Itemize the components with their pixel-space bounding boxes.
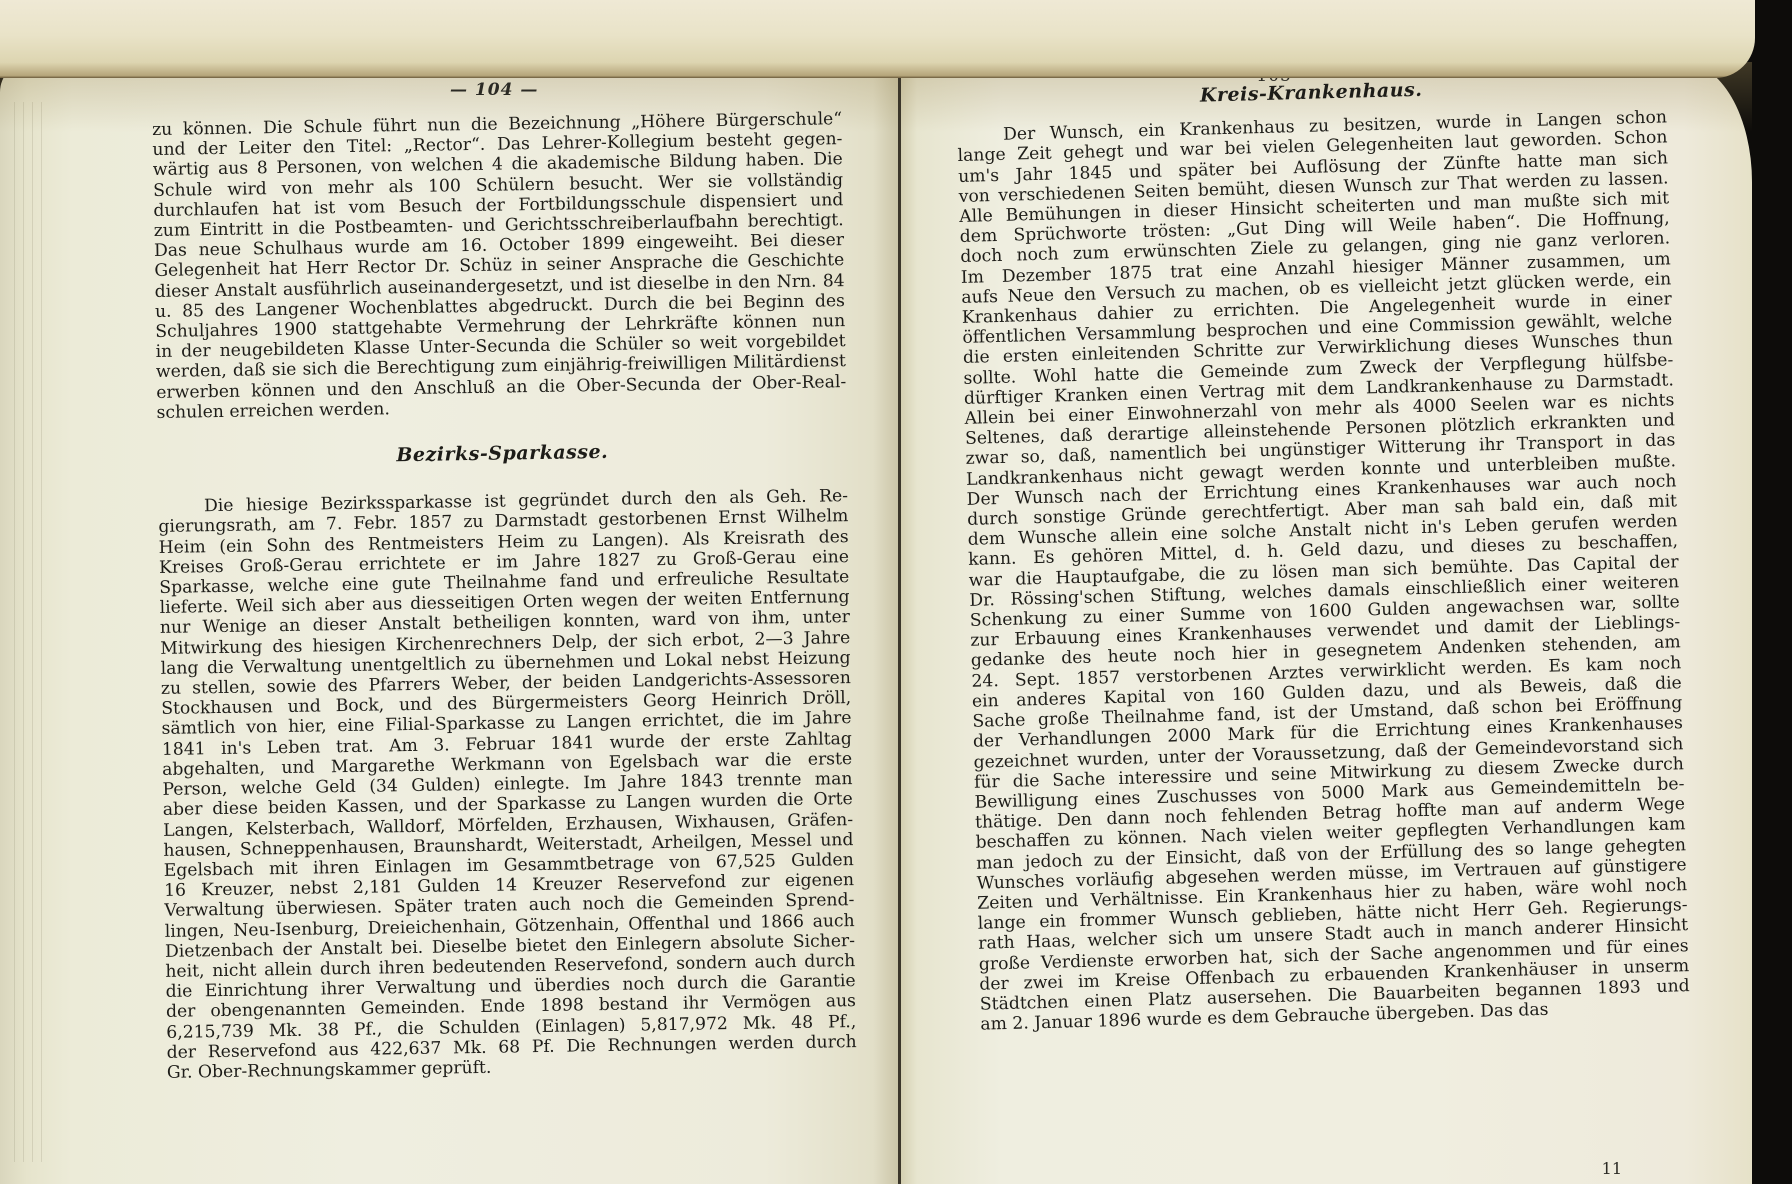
left-page: — 104 — zu können. Die Schule führt nun … <box>0 62 900 1184</box>
right-page-text: Kreis-Krankenhaus. Der Wunsch, ein Krank… <box>956 73 1690 1035</box>
right-page: — 105 — Kreis-Krankenhaus. Der Wunsch, e… <box>900 62 1752 1184</box>
section-heading-sparkasse: Bezirks-Sparkasse. <box>157 438 847 469</box>
paragraph-school: zu können. Die Schule führt nun die Beze… <box>152 109 847 423</box>
background-dark <box>1752 0 1792 1184</box>
curled-page-top <box>0 0 1755 78</box>
signature-mark: 11 <box>1602 1159 1622 1178</box>
paragraph-sparkasse: Die hiesige Bezirkssparkasse ist gegründ… <box>158 486 857 1083</box>
book-spine <box>898 62 901 1184</box>
book-spread: — 104 — zu können. Die Schule führt nun … <box>0 0 1792 1184</box>
paragraph-krankenhaus: Der Wunsch, ein Krankenhaus zu besitzen,… <box>957 108 1691 1035</box>
bleed-through-text <box>460 2 1460 30</box>
page-number-left: — 104 — <box>450 80 538 100</box>
left-page-text: zu können. Die Schule führt nun die Beze… <box>152 109 857 1083</box>
